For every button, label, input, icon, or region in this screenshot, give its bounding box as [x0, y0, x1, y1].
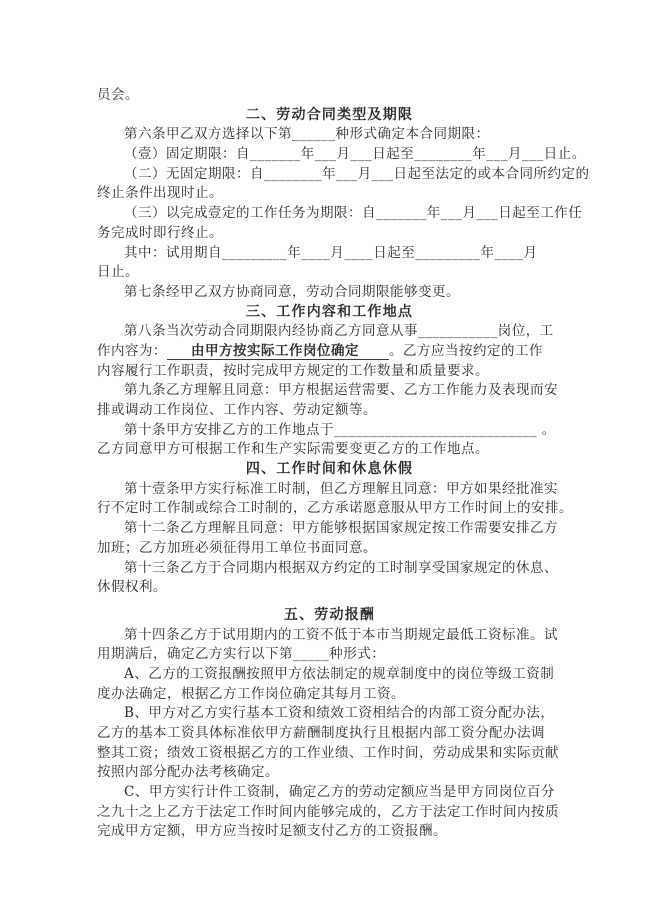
filled-blank: 由甲方按实际工作岗位确定 — [167, 343, 389, 360]
doc-line: 第十条甲方安排乙方的工作地点于_________________________… — [97, 421, 562, 441]
doc-line: 第七条经甲乙双方协商同意，劳动合同期限能够变更。 — [97, 283, 562, 303]
doc-line: 作内容为：由甲方按实际工作岗位确定。乙方应当按约定的工作 — [97, 342, 562, 362]
contract-page: 员会。二、劳动合同类型及期限第六条甲乙双方选择以下第______种形式确定本合同… — [0, 0, 652, 921]
doc-line: 务完成时即行终止。 — [97, 224, 562, 244]
section-heading: 五、劳动报酬 — [97, 606, 562, 626]
doc-line: 日止。 — [97, 263, 562, 283]
doc-line: 行不定时工作制或综合工时制的，乙方承诺愿意服从甲方工作时间上的安排。 — [97, 499, 562, 519]
doc-line: 第九条乙方理解且同意：甲方根据运营需要、乙方工作能力及表现而安 — [97, 381, 562, 401]
doc-line: 度办法确定，根据乙方工作岗位确定其每月工资。 — [97, 685, 562, 705]
doc-line: 终止条件出现时止。 — [97, 184, 562, 204]
doc-line: 第十壹条甲方实行标准工时制，但乙方理解且同意：甲方如果经批准实 — [97, 480, 562, 500]
document-body: 员会。二、劳动合同类型及期限第六条甲乙双方选择以下第______种形式确定本合同… — [97, 86, 562, 842]
doc-line: B、甲方对乙方实行基本工资和绩效工资相结合的内部工资分配办法， — [97, 704, 562, 724]
doc-line: A、乙方的工资报酬按照甲方依法制定的规章制度中的岗位等级工资制 — [97, 665, 562, 685]
doc-line: 乙方同意甲方可根据工作和生产实际需要变更乙方的工作地点。 — [97, 440, 562, 460]
doc-line: 第十三条乙方于合同期内根据双方约定的工时制享受国家规定的休息、 — [97, 559, 562, 579]
doc-line: 第十四条乙方于试用期内的工资不低于本市当期规定最低工资标准。试 — [97, 626, 562, 646]
doc-line: （壹）固定期限：自_______年___月___日起至________年___月… — [97, 145, 562, 165]
doc-line: 用期满后，确定乙方实行以下第_____种形式： — [97, 645, 562, 665]
doc-line: （二）无固定期限：自________年___月___日起至法定的或本合同所约定的 — [97, 165, 562, 185]
doc-line: 第十二条乙方理解且同意：甲方能够根据国家规定按工作需要安排乙方 — [97, 519, 562, 539]
text-run: 。乙方应当按约定的工作 — [389, 343, 543, 359]
doc-line: 整其工资；绩效工资根据乙方的工作业绩、工作时间，劳动成果和实际贡献 — [97, 744, 562, 764]
section-heading: 三、工作内容和工作地点 — [97, 303, 562, 323]
doc-line: 其中：试用期自_________年____月____日起至_________年_… — [97, 244, 562, 264]
doc-line: 之九十之上乙方于法定工作时间内能够完成的，乙方于法定工作时间内按质 — [97, 803, 562, 823]
section-heading: 四、工作时间和休息休假 — [97, 460, 562, 480]
doc-line: 休假权利。 — [97, 578, 562, 598]
doc-line: 第六条甲乙双方选择以下第______种形式确定本合同期限： — [97, 125, 562, 145]
doc-line: 内容履行工作职责，按时完成甲方规定的工作数量和质量要求。 — [97, 362, 562, 382]
doc-line: 加班；乙方加班必须征得用工单位书面同意。 — [97, 539, 562, 559]
doc-line: 乙方的基本工资具体标准依甲方薪酬制度执行且根据内部工资分配办法调 — [97, 724, 562, 744]
section-heading: 二、劳动合同类型及期限 — [97, 106, 562, 126]
text-run: 作内容为： — [97, 343, 167, 359]
doc-line: 第八条当次劳动合同期限内经协商乙方同意从事___________岗位，工 — [97, 322, 562, 342]
doc-line: C、甲方实行计件工资制，确定乙方的劳动定额应当是甲方同岗位百分 — [97, 783, 562, 803]
doc-line: 排或调动工作岗位、工作内容、劳动定额等。 — [97, 401, 562, 421]
doc-line: 按照内部分配办法考核确定。 — [97, 763, 562, 783]
doc-line: （三）以完成壹定的工作任务为期限：自_______年___月___日起至工作任 — [97, 204, 562, 224]
doc-line: 员会。 — [97, 86, 562, 106]
doc-line: 完成甲方定额，甲方应当按时足额支付乙方的工资报酬。 — [97, 822, 562, 842]
